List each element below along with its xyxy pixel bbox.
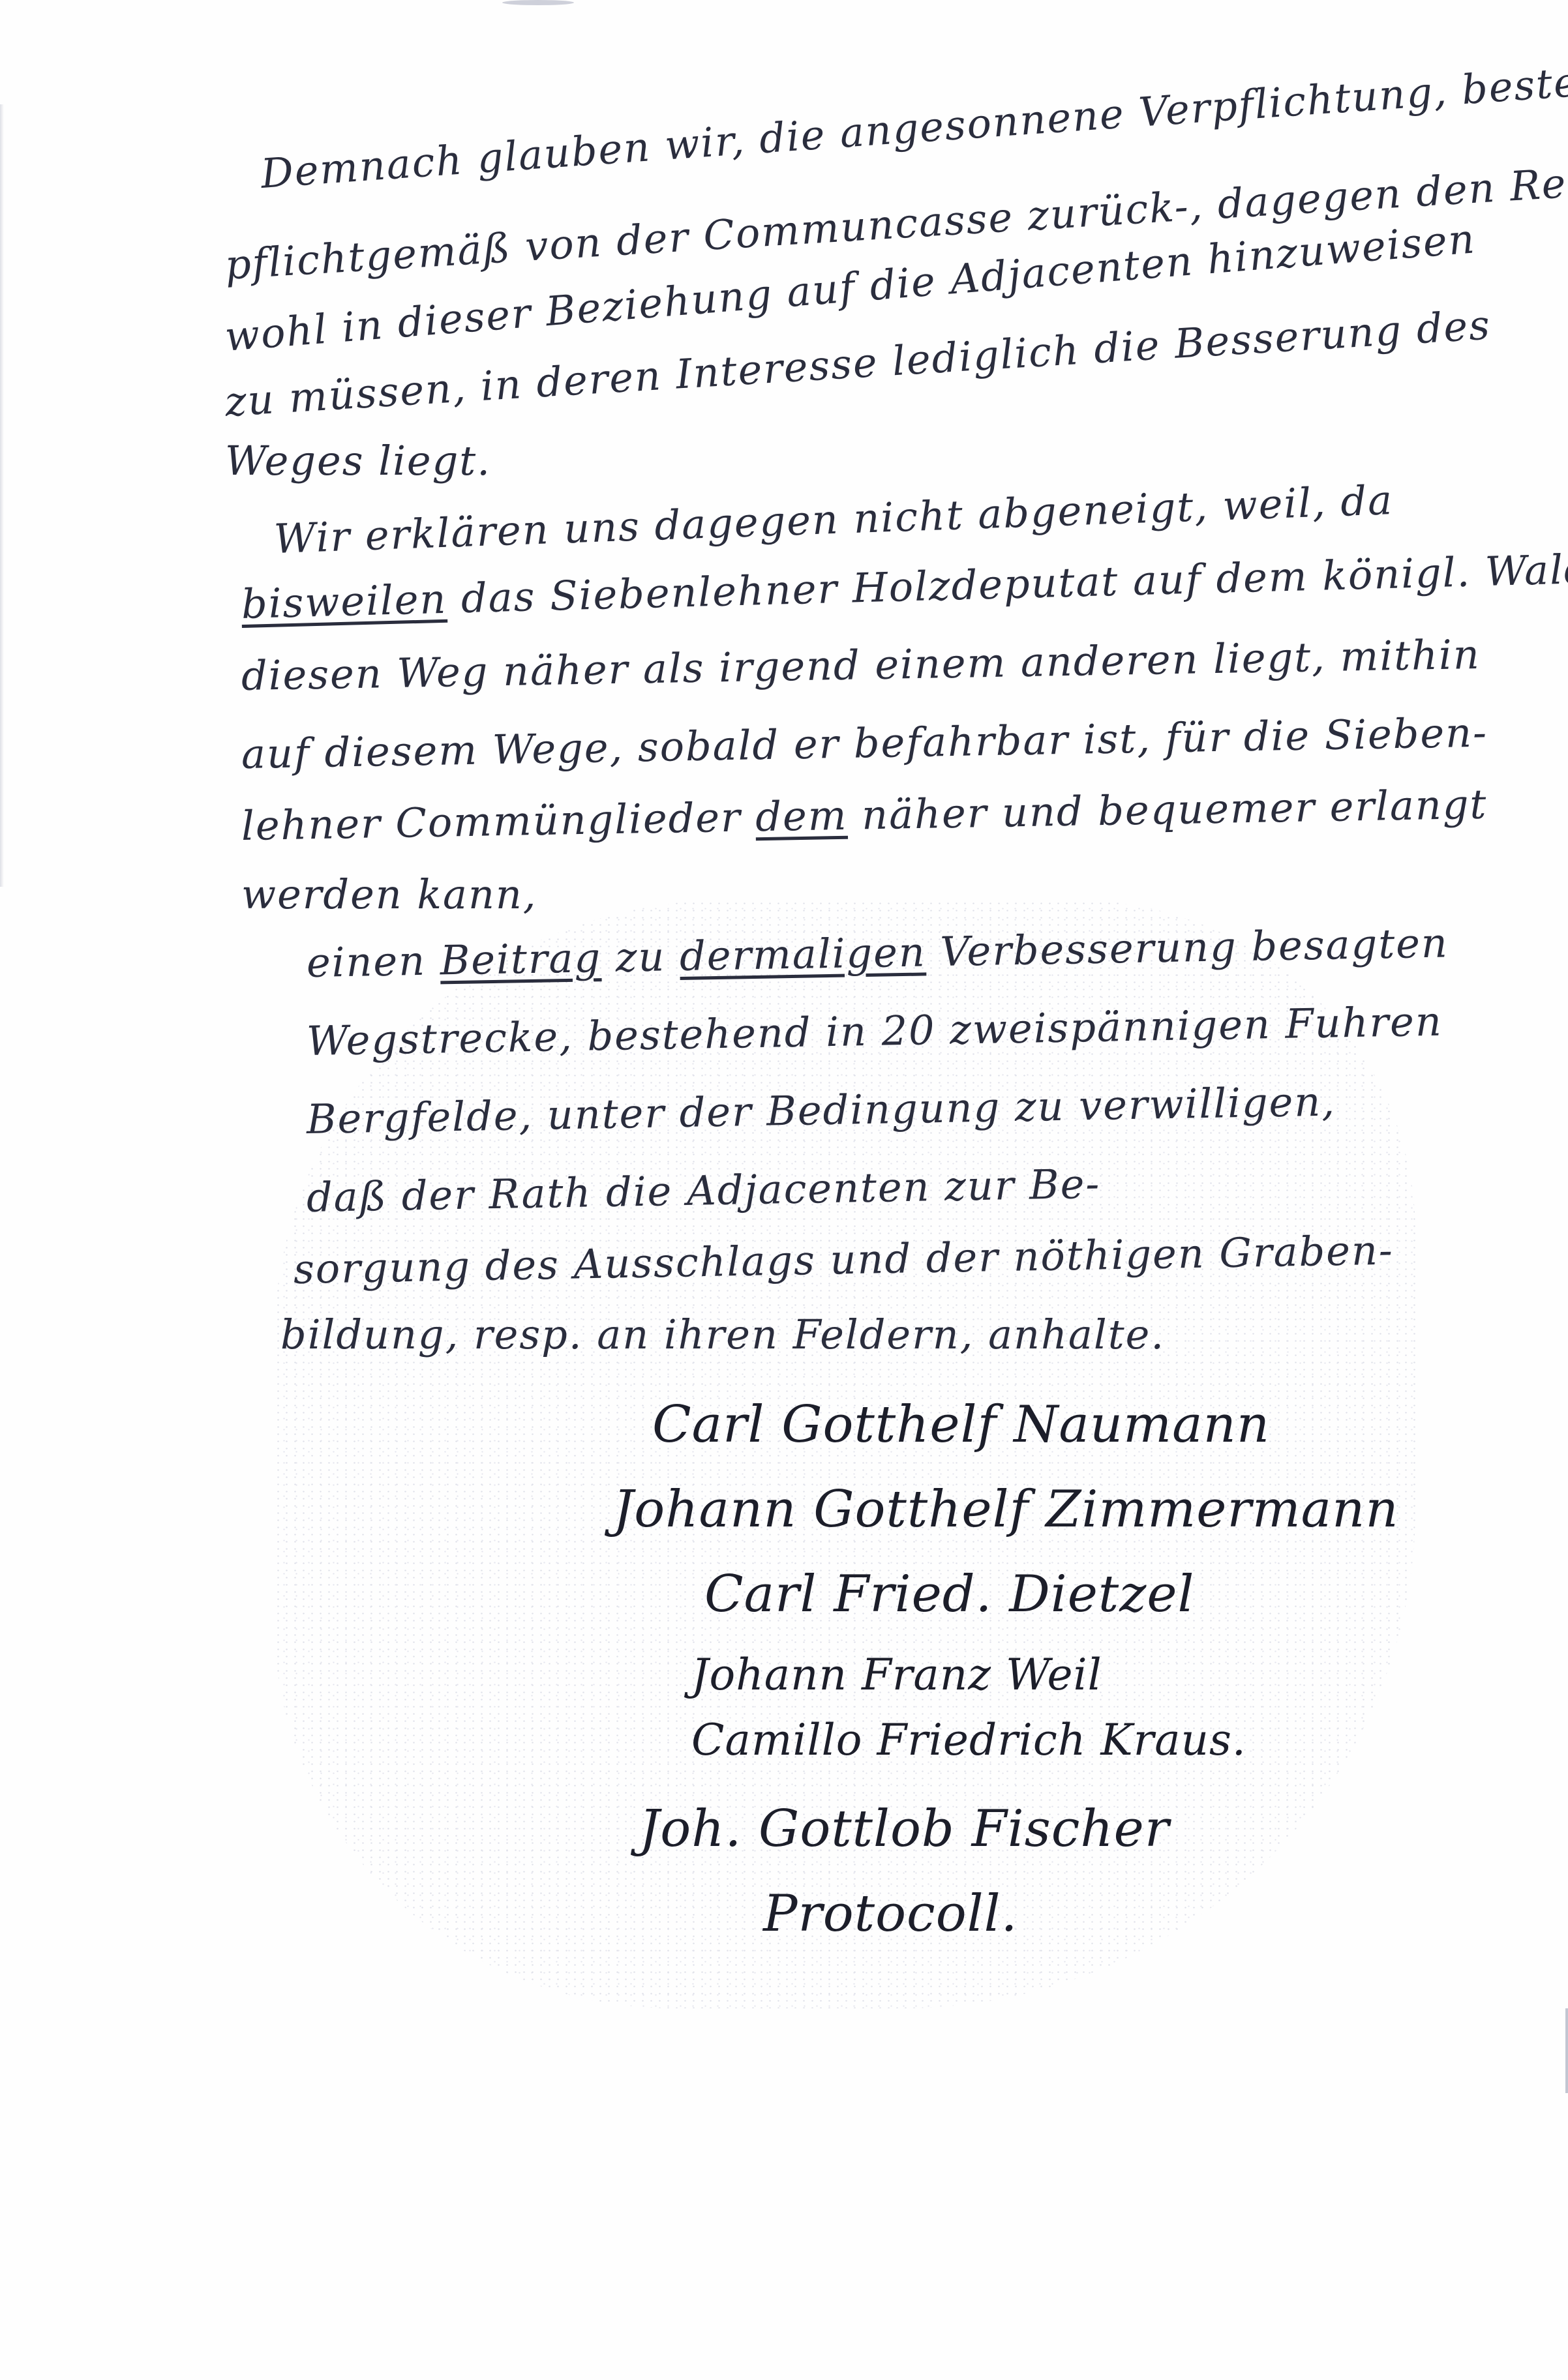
text-line: Wir erklären uns dagegen nicht abgeneigt… <box>273 476 1394 563</box>
text-fragment: lehner Commünglieder <box>241 793 756 850</box>
underlined-word: bisweilen <box>241 575 447 628</box>
text-fragment: das Siebenlehner Holzdeputat auf dem kön… <box>460 544 1568 622</box>
signature: Carl Fried. Dietzel <box>704 1565 1194 1624</box>
signature: Camillo Friedrich Kraus. <box>691 1715 1246 1765</box>
underlined-word: Beitrag <box>440 934 602 984</box>
underlined-word: dermaligen <box>679 928 926 980</box>
closing-mark: Protocoll. <box>763 1884 1018 1943</box>
document-page: Demnach glauben wir, die angesonnene Ver… <box>0 0 1568 2380</box>
text-line: bildung, resp. an ihren Feldern, anhalte… <box>280 1311 1165 1358</box>
underlined-word: dem <box>755 792 848 840</box>
text-line: Weges liegt. <box>225 437 491 484</box>
signature: Johann Gotthelf Zimmermann <box>613 1480 1399 1539</box>
ink-smudge <box>502 0 574 5</box>
text-line: diesen Weg näher als irgend einem andere… <box>241 631 1481 700</box>
scan-edge-mark <box>1565 2008 1568 2093</box>
text-line: werden kann, <box>241 870 537 918</box>
signature: Carl Gotthelf Naumann <box>652 1395 1270 1454</box>
text-fragment: zu <box>615 932 680 981</box>
text-fragment: Verbesserung besagten <box>940 919 1449 975</box>
scan-edge-shadow <box>0 104 4 887</box>
signature: Johann Franz Weil <box>691 1650 1102 1700</box>
text-fragment: einen <box>306 936 440 987</box>
text-line: lehner Commünglieder dem näher und beque… <box>241 781 1488 850</box>
signature: Joh. Gottlob Fischer <box>639 1800 1169 1858</box>
text-line: auf diesem Wege, sobald er befahrbar ist… <box>241 709 1488 778</box>
text-fragment: näher und bequemer erlangt <box>862 781 1488 839</box>
